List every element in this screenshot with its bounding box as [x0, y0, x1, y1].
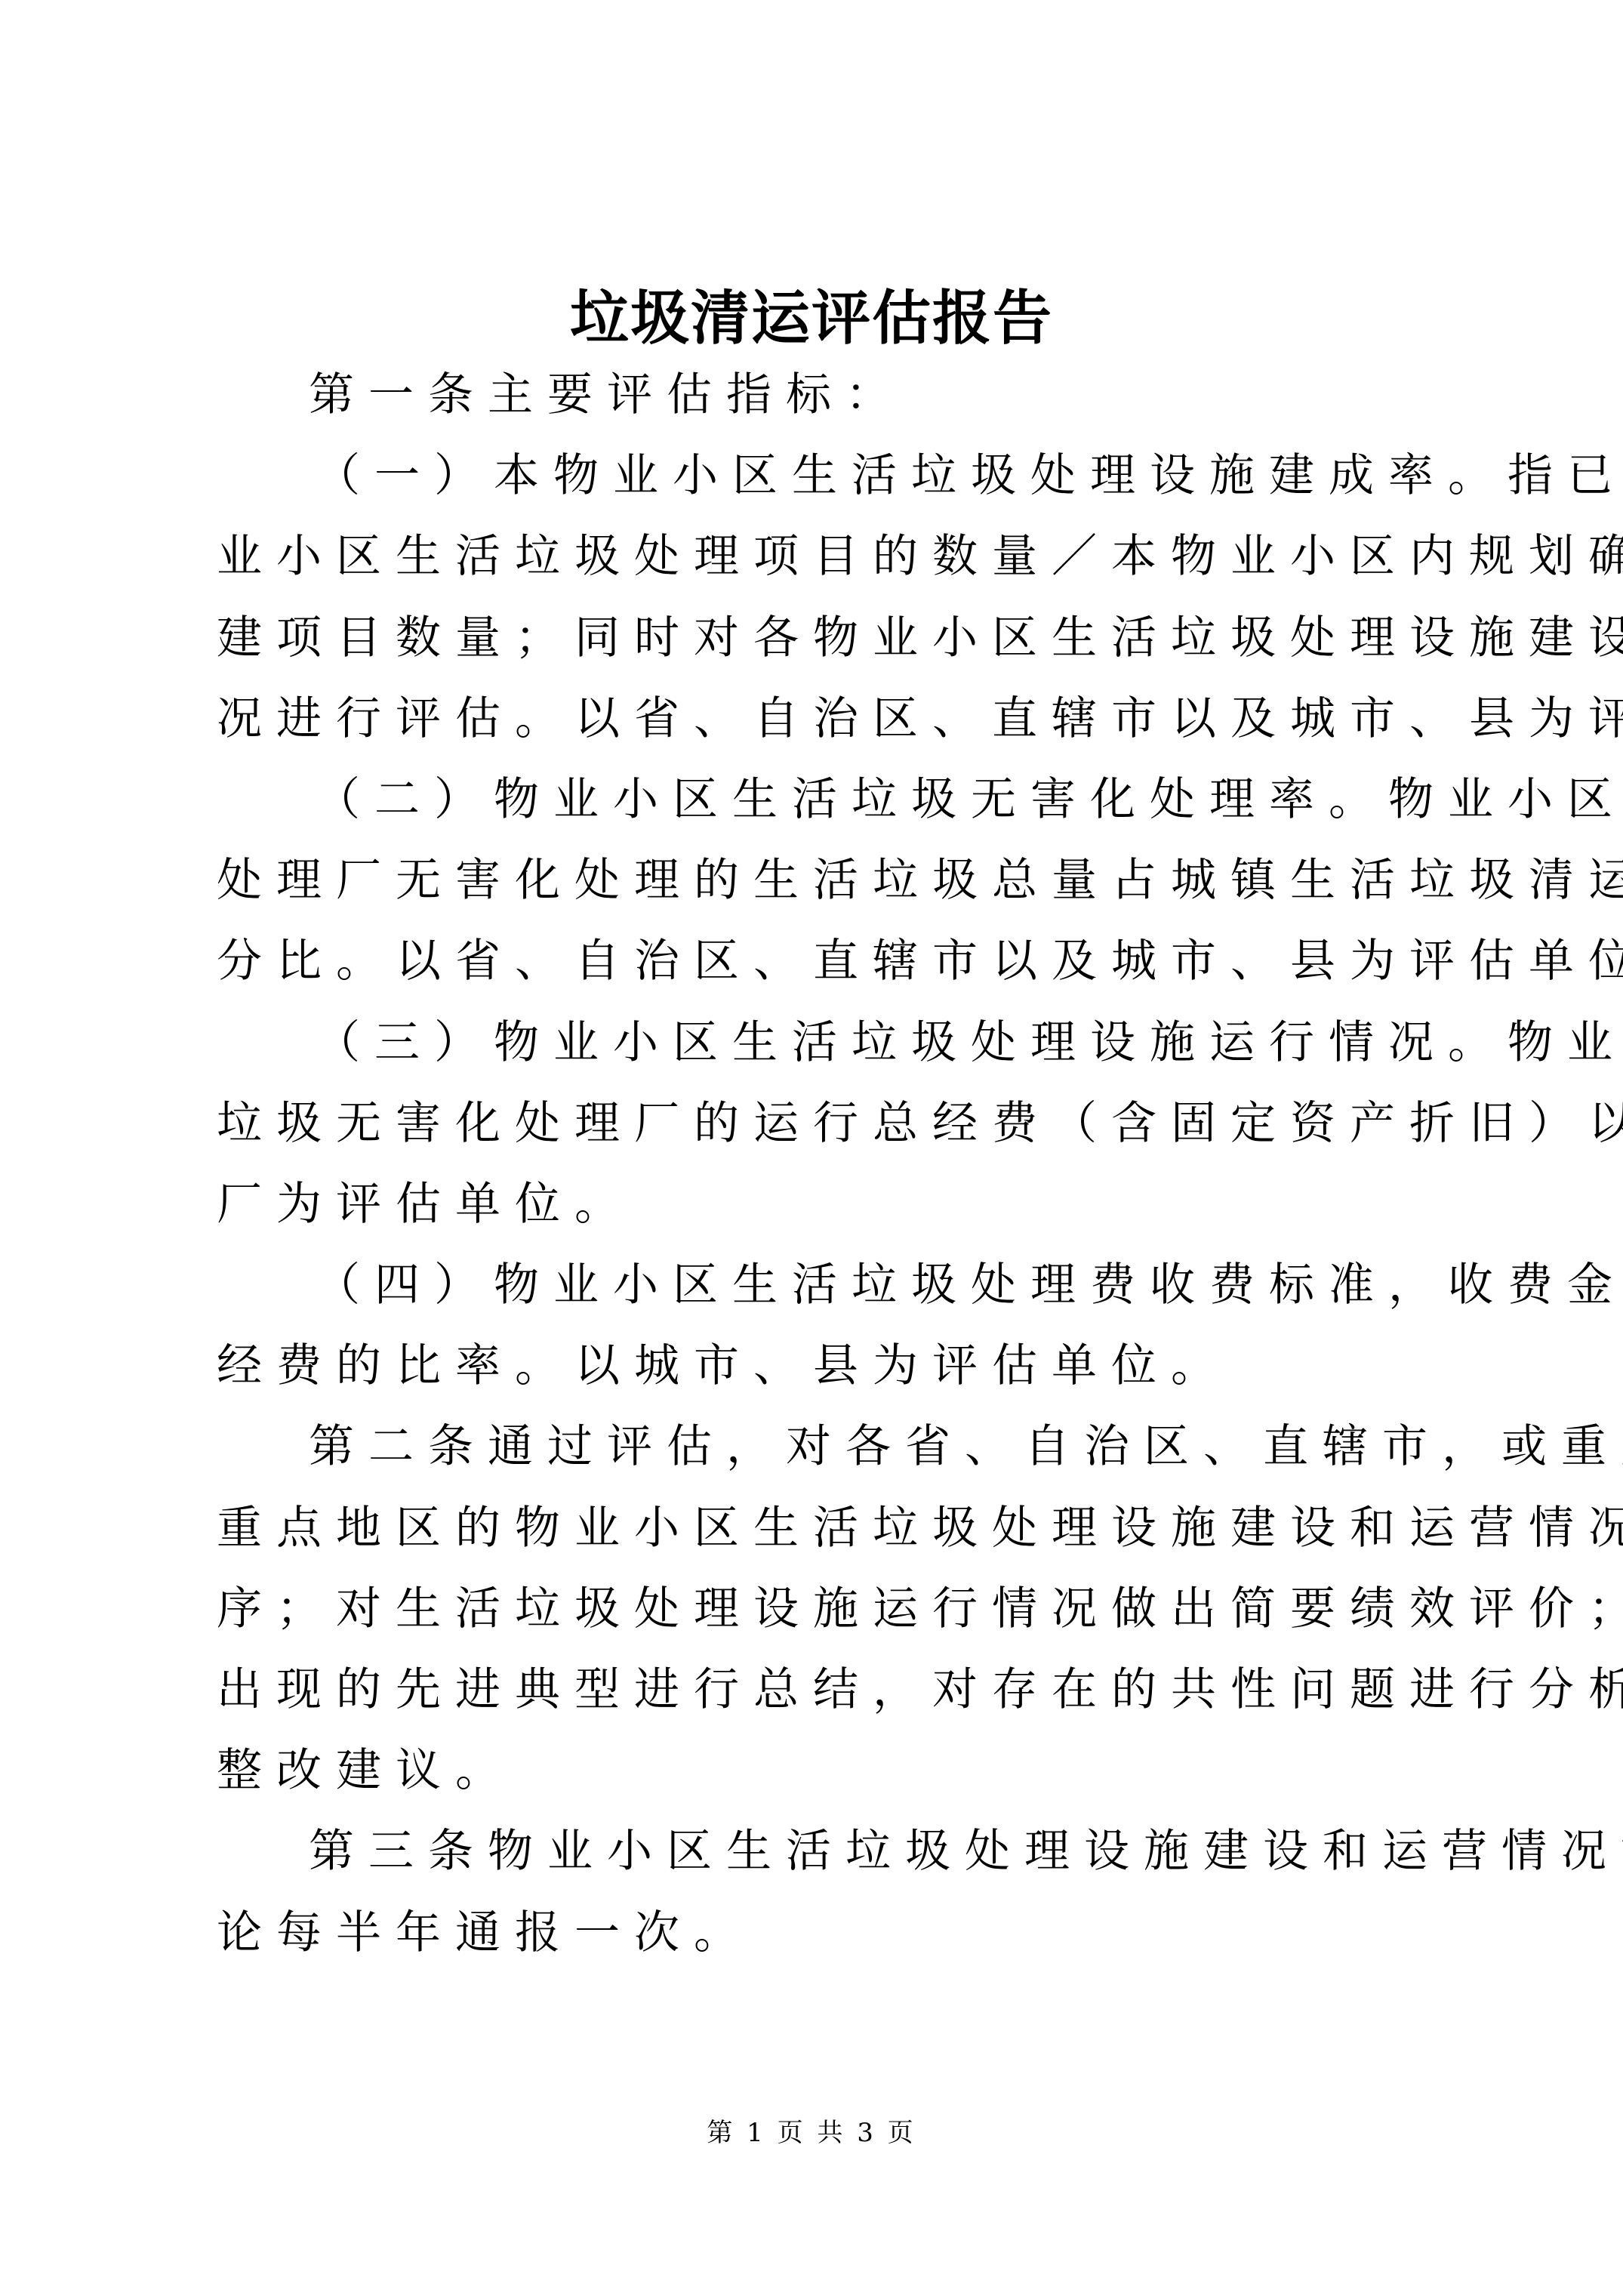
paragraph-article-3: 第三条物业小区生活垃圾处理设施建设和运营情况评估结 论每半年通报一次。 [217, 1811, 1432, 1973]
text-line: 整改建议。 [217, 1730, 1432, 1811]
text-line: 出现的先进典型进行总结，对存在的共性问题进行分析，并提出 [217, 1650, 1432, 1730]
text-line: 厂为评估单位。 [217, 1164, 1432, 1245]
text-line: 重点地区的物业小区生活垃圾处理设施建设和运营情况进行排 [217, 1488, 1432, 1569]
document-title: 垃圾清运评估报告 [0, 281, 1623, 356]
text-line: （一）本物业小区生活垃圾处理设施建成率。指已建成的物 [217, 436, 1432, 516]
text-line: 第二条通过评估，对各省、自治区、直辖市，或重点流域、 [217, 1407, 1432, 1487]
paragraph-item-4: （四）物业小区生活垃圾处理费收费标准，收费金额占运行 经费的比率。以城市、县为评… [217, 1245, 1432, 1407]
text-line: （二）物业小区生活垃圾无害化处理率。物业小区生活垃圾 [217, 760, 1432, 840]
page-number-footer: 第 1 页 共 3 页 [0, 2114, 1623, 2152]
text-line: 第三条物业小区生活垃圾处理设施建设和运营情况评估结 [217, 1811, 1432, 1892]
document-page: 垃圾清运评估报告 第一条主要评估指标： （一）本物业小区生活垃圾处理设施建成率。… [0, 0, 1623, 2296]
text-line: 垃圾无害化处理厂的运行总经费（含固定资产折旧）以垃圾处理 [217, 1083, 1432, 1164]
paragraph-item-2: （二）物业小区生活垃圾无害化处理率。物业小区生活垃圾 处理厂无害化处理的生活垃圾… [217, 760, 1432, 1003]
text-line: （三）物业小区生活垃圾处理设施运行情况。物业小区生活 [217, 1003, 1432, 1083]
text-line: 况进行评估。以省、自治区、直辖市以及城市、县为评估单位。 [217, 679, 1432, 760]
text-line: 建项目数量；同时对各物业小区生活垃圾处理设施建设的总体情 [217, 598, 1432, 679]
paragraph-article-2: 第二条通过评估，对各省、自治区、直辖市，或重点流域、 重点地区的物业小区生活垃圾… [217, 1407, 1432, 1811]
document-body: 第一条主要评估指标： （一）本物业小区生活垃圾处理设施建成率。指已建成的物 业小… [217, 355, 1432, 1974]
text-line: 分比。以省、自治区、直辖市以及城市、县为评估单位。 [217, 921, 1432, 1002]
paragraph-item-3: （三）物业小区生活垃圾处理设施运行情况。物业小区生活 垃圾无害化处理厂的运行总经… [217, 1003, 1432, 1246]
text-line: 论每半年通报一次。 [217, 1893, 1432, 1974]
paragraph-item-1: （一）本物业小区生活垃圾处理设施建成率。指已建成的物 业小区生活垃圾处理项目的数… [217, 436, 1432, 760]
text-line: 处理厂无害化处理的生活垃圾总量占城镇生活垃圾清运量的百 [217, 840, 1432, 921]
text-line: 序；对生活垃圾处理设施运行情况做出简要绩效评价；对工作中 [217, 1569, 1432, 1650]
paragraph-article-1-heading: 第一条主要评估指标： [217, 355, 1432, 436]
text-line: 业小区生活垃圾处理项目的数量／本物业小区内规划确定的应 [217, 516, 1432, 597]
text-line: （四）物业小区生活垃圾处理费收费标准，收费金额占运行 [217, 1245, 1432, 1326]
text-line: 经费的比率。以城市、县为评估单位。 [217, 1326, 1432, 1407]
text-line: 第一条主要评估指标： [217, 355, 1432, 436]
